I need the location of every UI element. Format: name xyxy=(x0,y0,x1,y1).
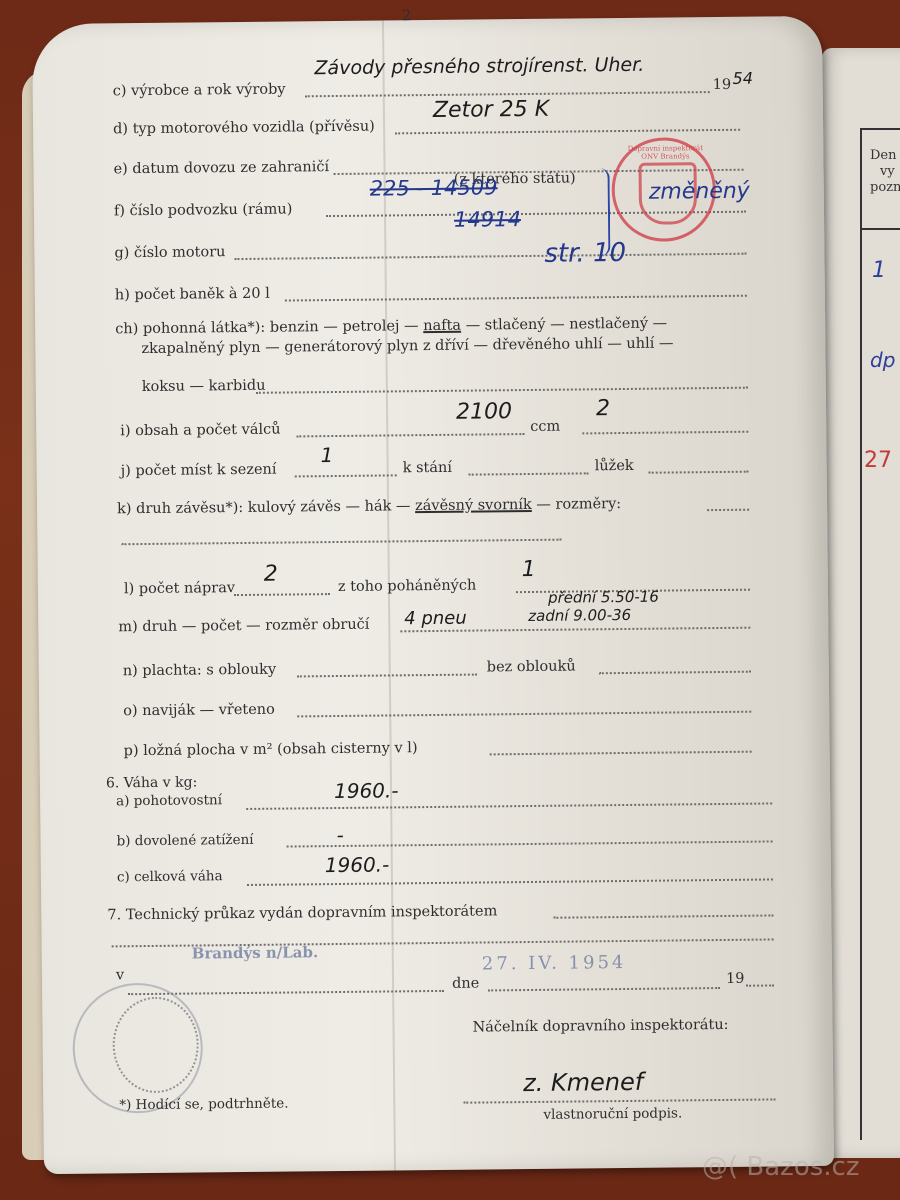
place-stamp: Brandýs n/Lab. xyxy=(192,943,319,962)
weight-ready-value: 1960.- xyxy=(334,778,399,803)
field-load-area: p) ložná plocha v m² (obsah cisterny v l… xyxy=(40,736,830,744)
front-tires-value: přední 5.50-16 xyxy=(548,588,659,607)
seats-value: 1 xyxy=(320,443,333,467)
adjacent-red-note: 27 xyxy=(864,448,892,473)
field-engine-number: g) číslo motoru 14914 xyxy=(34,238,824,246)
field-tires: m) druh — počet — rozměr obručí 4 pneu z… xyxy=(38,612,828,620)
field-hitch-type: k) druh závěsu*): kulový závěs — hák — z… xyxy=(37,494,827,502)
weight-total-value: 1960.- xyxy=(325,852,390,877)
displacement-value: 2100 xyxy=(456,399,512,425)
date-stamp: 27. IV. 1954 xyxy=(482,952,627,975)
weight-load-value: - xyxy=(336,823,343,847)
field-manufacturer: c) výrobce a rok výroby Závody přesného … xyxy=(33,76,823,84)
manufacturer-value: Závody přesného strojírenst. Uher. xyxy=(314,54,644,79)
handwritten-signature: z. Kmenef xyxy=(523,1068,643,1097)
selected-hitch: závěsný svorník xyxy=(415,497,532,514)
tire-count-value: 4 pneu xyxy=(404,608,467,630)
adjacent-handwriting: 1 xyxy=(872,258,886,283)
correction-reference: str. 10 xyxy=(544,238,626,269)
weight-section-title: 6. Váha v kg: xyxy=(40,768,830,776)
field-issued-place-date: v dne 19 xyxy=(42,960,832,968)
round-office-stamp xyxy=(72,982,203,1113)
adjacent-table-header: Den vy pozn xyxy=(870,148,900,196)
rear-tires-value: zadní 9.00-36 xyxy=(528,606,631,625)
field-fuel-type-line3: koksu — karbidu xyxy=(36,372,826,380)
bazos-watermark: @( Bazos.cz xyxy=(702,1152,860,1182)
driven-axles-value: 1 xyxy=(522,557,536,582)
field-issued-by: 7. Technický průkaz vydán dopravním insp… xyxy=(41,900,831,908)
field-seats: j) počet míst k sezení 1 k stání lůžek xyxy=(37,456,827,464)
axles-value: 2 xyxy=(264,562,278,587)
adjacent-page: Den vy pozn 1 dp 27 xyxy=(822,48,900,1158)
correction-signature: změněný xyxy=(649,179,750,205)
field-vehicle-type: d) typ motorového vozidla (přívěsu) Zeto… xyxy=(33,114,823,122)
field-displacement: i) obsah a počet válců 2100 ccm 2 xyxy=(36,416,826,424)
emblem-icon xyxy=(112,996,199,1093)
field-hitch-dims-line xyxy=(37,522,827,530)
cylinders-value: 2 xyxy=(596,396,610,421)
selected-fuel: nafta xyxy=(423,318,461,334)
issued-by-line2 xyxy=(42,924,832,932)
field-tarp: n) plachta: s oblouky bez oblouků xyxy=(39,656,829,664)
field-canisters: h) počet baněk à 20 l xyxy=(35,280,825,288)
field-winch: o) naviják — vřeteno xyxy=(39,696,829,704)
field-weight-load: b) dovolené zatížení - xyxy=(40,826,830,834)
page-number: 2 xyxy=(32,4,822,12)
chassis-number-value: 225 - 14509 xyxy=(370,175,498,200)
vehicle-type-value: Zetor 25 K xyxy=(433,97,549,123)
document-page: 2 c) výrobce a rok výroby Závody přesnéh… xyxy=(32,16,834,1174)
field-weight-total: c) celková váha 1960.- xyxy=(41,862,831,870)
adjacent-handwriting: dp xyxy=(870,348,895,372)
adjacent-table-divider xyxy=(860,228,900,230)
year-value: 54 xyxy=(733,69,754,88)
engine-number-value: 14914 xyxy=(454,207,521,232)
field-fuel-type: ch) pohonná látka*): benzin — petrolej —… xyxy=(35,314,825,322)
field-axles: l) počet náprav 2 z toho poháněných 1 př… xyxy=(38,574,828,582)
